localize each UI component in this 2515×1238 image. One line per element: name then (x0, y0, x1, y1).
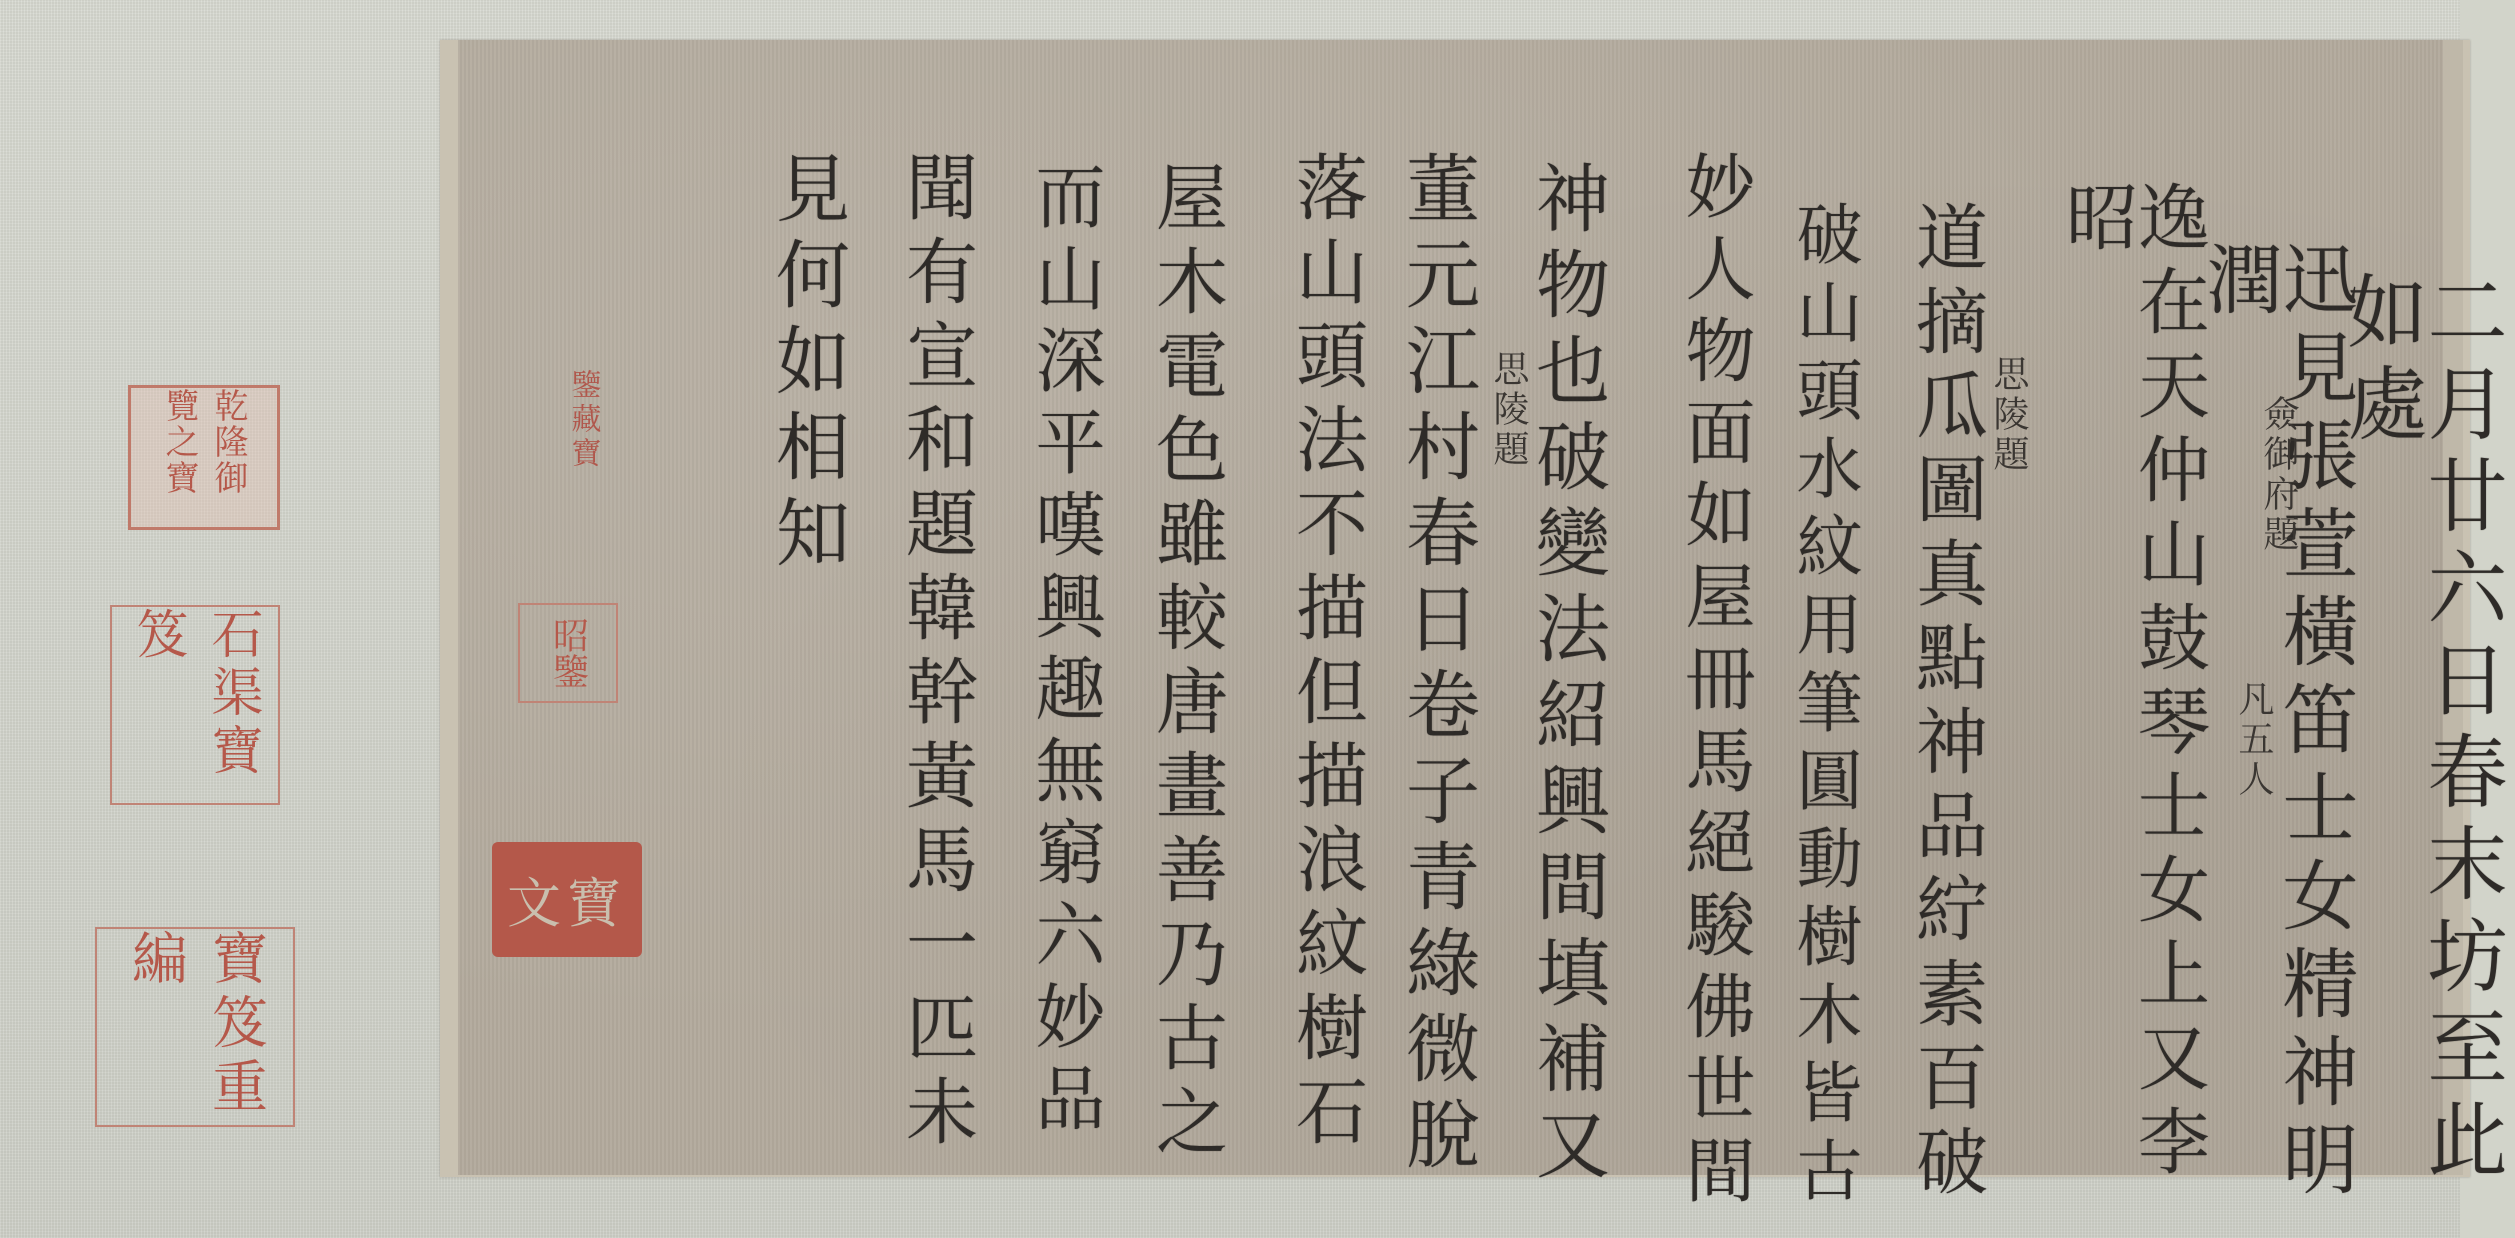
calligraphy-column-5: 破山頭水紋用筆圓動樹木皆古 (1790, 200, 1856, 1214)
calligraphy-column-9: 落山頭法不描但描浪紋樹石 (1290, 150, 1362, 1158)
calligraphy-column-2: 迅見張萱橫笛士女精神明潤 (2200, 240, 2352, 1238)
seal-jiancang: 鑒藏寶 (525, 330, 640, 510)
annotation-siling-1: 思陵題 (1990, 355, 2026, 475)
annotation-fanwuren: 凡五人 (2235, 680, 2271, 800)
seal-shiqu-baoji: 石渠寶笈 (110, 605, 280, 805)
seal-text: 乾隆御覽之寶 (155, 388, 253, 527)
calligraphy-column-13: 見何如相知 (770, 150, 844, 580)
calligraphy-column-6: 妙人物面如屋冊馬絕駿佛世間 (1680, 150, 1750, 1216)
seal-qianlong-yulan: 乾隆御覽之寶 (128, 385, 280, 530)
calligraphy-column-11: 而山深平嘆興趣無窮六妙品 (1030, 160, 1100, 1144)
seal-text: 寶笈重編 (115, 929, 275, 1125)
calligraphy-column-4: 道摘瓜圖真點神品紵素百破 (1910, 200, 1982, 1208)
seal-text: 鑒藏寶 (561, 369, 605, 471)
seal-text: 昭鑒 (543, 617, 594, 689)
seal-text: 石渠寶笈 (120, 607, 270, 803)
annotation-yufu: 僉御府題 (2260, 395, 2296, 555)
calligraphy-column-1: 二月廿六日春末坊至此如處 (2340, 270, 2500, 1238)
calligraphy-column-3: 逸在天仲山鼓琴士女上又李昭 (2060, 180, 2204, 1238)
seal-zhaojian: 昭鑒 (518, 603, 618, 703)
calligraphy-column-7: 神物也破變法紹興間填補又 (1530, 160, 1604, 1192)
seal-wen-red: 文寶 (492, 842, 642, 957)
annotation-siling-2: 思陵題 (1490, 350, 1526, 470)
seal-text: 文寶 (507, 861, 627, 938)
calligraphy-column-10: 屋木電色雖較唐畫善乃古之 (1150, 160, 1222, 1168)
seal-baoji-chongbian: 寶笈重編 (95, 927, 295, 1127)
calligraphy-column-8: 董元江村春日卷子青綠微脫 (1400, 150, 1474, 1182)
calligraphy-column-12: 聞有宣和題韓幹黃馬一匹未 (900, 150, 972, 1158)
